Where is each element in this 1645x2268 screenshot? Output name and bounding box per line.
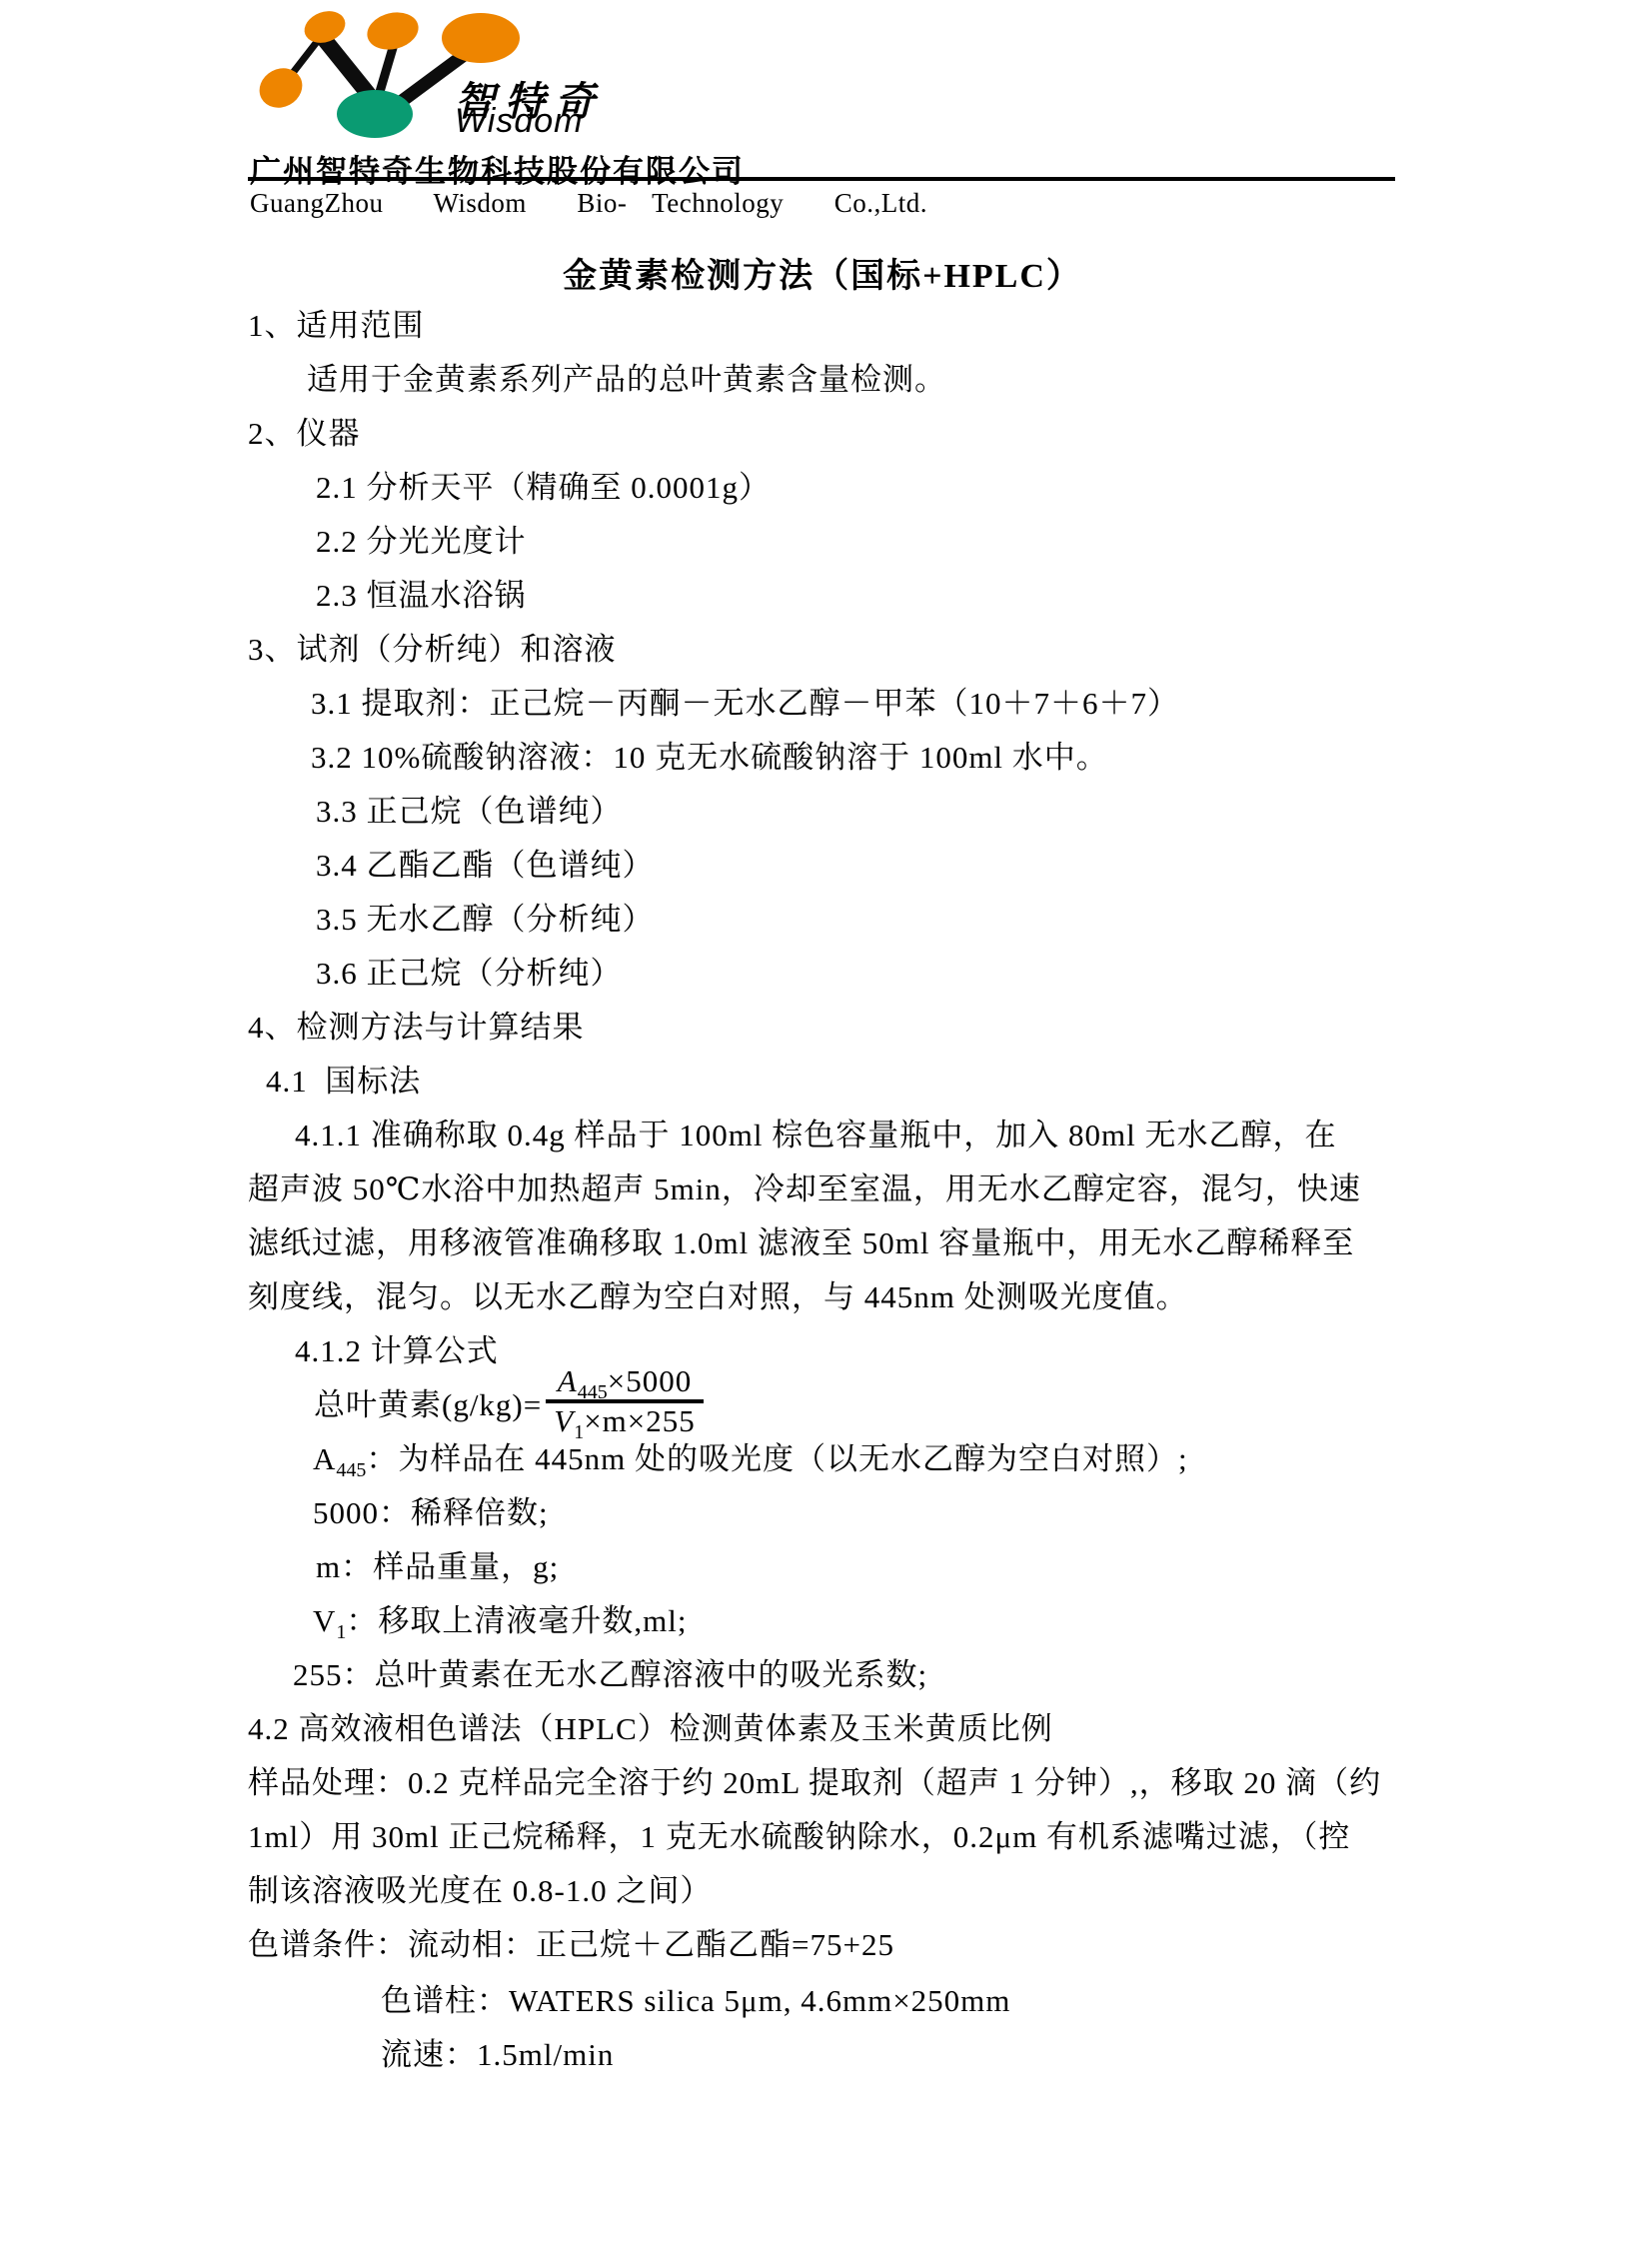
body-line: 3.5 无水乙醇（分析纯）: [316, 902, 655, 937]
body-line: 适用于金黄素系列产品的总叶黄素含量检测。: [307, 362, 946, 397]
body-line: 色谱柱：WATERS silica 5μm, 4.6mm×250mm: [381, 1983, 1010, 2018]
body-line: 2.2 分光光度计: [316, 524, 527, 559]
body-line: 5000：稀释倍数;: [313, 1495, 549, 1530]
body-line: 1、适用范围: [248, 308, 425, 343]
body-line: A445：为样品在 445nm 处的吸光度（以无水乙醇为空白对照）;: [313, 1441, 1188, 1476]
body-line: V1：移取上清液毫升数,ml;: [313, 1603, 687, 1638]
body-line: 超声波 50℃水浴中加热超声 5min，冷却至室温，用无水乙醇定容，混匀，快速: [248, 1171, 1361, 1206]
body-line: 4.1 国标法: [266, 1064, 421, 1099]
body-line: 2.3 恒温水浴锅: [316, 578, 527, 613]
lutein-formula: 总叶黄素(g/kg)=A445×5000V1×m×255: [314, 1359, 704, 1443]
body-line: 刻度线，混匀。以无水乙醇为空白对照，与 445nm 处测吸光度值。: [248, 1279, 1188, 1314]
body-line: 制该溶液吸光度在 0.8-1.0 之间）: [248, 1873, 712, 1908]
header-divider: [248, 177, 1395, 181]
body-line: 4、检测方法与计算结果: [248, 1010, 585, 1045]
body-line: 流速：1.5ml/min: [381, 2037, 614, 2072]
body-line: m：样品重量，g;: [316, 1549, 559, 1584]
body-line: 4.1.1 准确称取 0.4g 样品于 100ml 棕色容量瓶中，加入 80ml…: [295, 1118, 1336, 1152]
body-line: 3.2 10%硫酸钠溶液：10 克无水硫酸钠溶于 100ml 水中。: [311, 740, 1108, 775]
body-line: 1ml）用 30ml 正己烷稀释，1 克无水硫酸钠除水，0.2μm 有机系滤嘴过…: [248, 1819, 1350, 1854]
body-line: 滤纸过滤，用移液管准确移取 1.0ml 滤液至 50ml 容量瓶中，用无水乙醇稀…: [248, 1225, 1354, 1260]
logo-brand-en: Wisdom: [455, 102, 584, 141]
body-line: 样品处理：0.2 克样品完全溶于约 20mL 提取剂（超声 1 分钟）,，移取 …: [248, 1765, 1381, 1800]
body-line: 3.3 正己烷（色谱纯）: [316, 794, 623, 829]
body-line: 3.4 乙酯乙酯（色谱纯）: [316, 848, 655, 883]
body-line: 2.1 分析天平（精确至 0.0001g）: [316, 470, 771, 505]
body-line: 4.2 高效液相色谱法（HPLC）检测黄体素及玉米黄质比例: [248, 1711, 1053, 1746]
body-line: 255：总叶黄素在无水乙醇溶液中的吸光系数;: [293, 1657, 927, 1692]
document-page: 智特奇 Wisdom 广州智特奇生物科技股份有限公司 GuangZhou Wis…: [0, 0, 1645, 2268]
body-line: 色谱条件：流动相：正己烷＋乙酯乙酯=75+25: [248, 1927, 894, 1962]
formula-lhs: 总叶黄素(g/kg)=: [314, 1379, 542, 1424]
company-name-cn: 广州智特奇生物科技股份有限公司: [250, 146, 745, 191]
page-title: 金黄素检测方法（国标+HPLC）: [0, 248, 1645, 297]
formula-fraction: A445×5000V1×m×255: [546, 1364, 704, 1438]
body-line: 3、试剂（分析纯）和溶液: [248, 632, 617, 667]
formula-denominator: V1×m×255: [546, 1404, 704, 1438]
body-line: 2、仪器: [248, 416, 361, 451]
body-line: 3.6 正己烷（分析纯）: [316, 956, 623, 991]
formula-numerator: A445×5000: [550, 1364, 700, 1398]
body-line: 3.1 提取剂：正己烷－丙酮－无水乙醇－甲苯（10＋7＋6＋7）: [311, 686, 1179, 721]
company-name-en: GuangZhou Wisdom Bio- Technology Co.,Ltd…: [250, 188, 927, 219]
